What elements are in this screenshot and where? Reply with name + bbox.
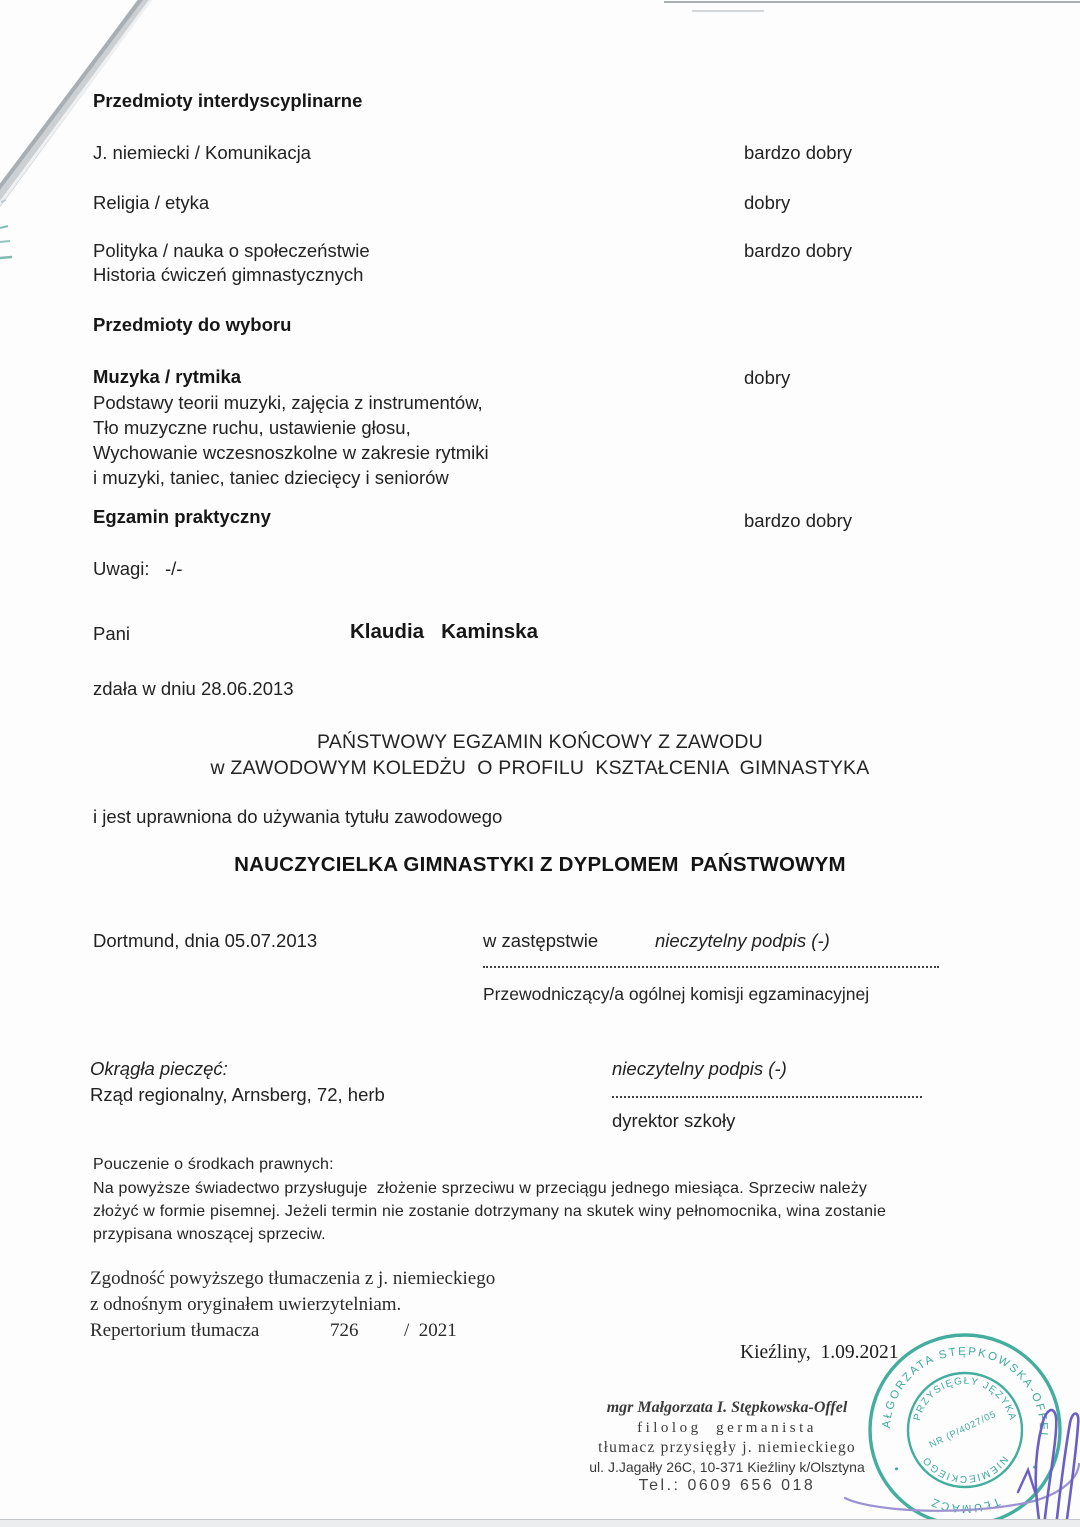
- chairman-signature-note: nieczytelny podpis (-): [655, 930, 830, 951]
- seal-description: Rząd regionalny, Arnsberg, 72, herb: [90, 1084, 385, 1105]
- certification-line1: Zgodność powyższego tłumaczenia z j. nie…: [90, 1268, 495, 1290]
- music-detail-line: Wychowanie wczesnoszkolne w zakresie ryt…: [93, 442, 489, 463]
- subject-religion: Religia / etyka: [93, 192, 209, 213]
- grade-religion: dobry: [744, 192, 790, 213]
- scan-left-edge-stamp-marks: [0, 196, 18, 276]
- grade-politics: bardzo dobry: [744, 240, 852, 261]
- subject-german: J. niemiecki / Komunikacja: [93, 142, 311, 163]
- section-heading-elective: Przedmioty do wyboru: [93, 314, 291, 335]
- seal-label: Okrągła pieczęć:: [90, 1058, 228, 1079]
- legal-notice-line: złożyć w formie pisemnej. Jeżeli termin …: [93, 1203, 886, 1221]
- chairman-dotted-line: [483, 966, 939, 968]
- professional-title: NAUCZYCIELKA GIMNASTYKI Z DYPLOMEM PAŃST…: [0, 853, 1080, 877]
- subject-practical-exam: Egzamin praktyczny: [93, 506, 271, 527]
- repertorium-label: Repertorium tłumacza: [90, 1320, 259, 1342]
- grade-music: dobry: [744, 367, 790, 388]
- scan-top-edge-line: [664, 1, 1080, 3]
- section-heading-interdisciplinary: Przedmioty interdyscyplinarne: [93, 90, 362, 111]
- scan-bottom-edge-strip: [0, 1519, 1080, 1527]
- passed-date-line: zdała w dniu 28.06.2013: [93, 678, 294, 699]
- director-role: dyrektor szkoły: [612, 1110, 735, 1131]
- entitlement-intro: i jest uprawniona do używania tytułu zaw…: [93, 806, 502, 827]
- music-detail-line: Tło muzyczne ruchu, ustawienie głosu,: [93, 417, 411, 438]
- music-detail-line: Podstawy teorii muzyki, zajęcia z instru…: [93, 392, 483, 413]
- repertorium-number: 726: [330, 1320, 359, 1342]
- scan-top-edge-line-faint: [692, 10, 764, 12]
- handwritten-signature: [830, 1395, 1080, 1527]
- grade-practical-exam: bardzo dobry: [744, 510, 852, 531]
- legal-notice-line: Na powyższe świadectwo przysługuje złoże…: [93, 1180, 867, 1198]
- remarks-line: Uwagi: -/-: [93, 558, 182, 579]
- exam-title-line1: PAŃSTWOWY EGZAMIN KOŃCOWY Z ZAWODU: [0, 731, 1080, 753]
- music-detail-line: i muzyki, taniec, taniec dziecięcy i sen…: [93, 467, 449, 488]
- holder-salutation: Pani: [93, 623, 130, 644]
- subject-politics-line2: Historia ćwiczeń gimnastycznych: [93, 264, 363, 285]
- subject-politics: Polityka / nauka o społeczeństwie: [93, 240, 370, 261]
- issue-place-date: Dortmund, dnia 05.07.2013: [93, 930, 317, 951]
- chairman-role: Przewodniczący/a ogólnej komisji egzamin…: [483, 984, 869, 1004]
- grade-german: bardzo dobry: [744, 142, 852, 163]
- holder-name: Klaudia Kaminska: [350, 620, 538, 644]
- legal-notice-heading: Pouczenie o środkach prawnych:: [93, 1156, 334, 1174]
- legal-notice-line: przypisana wnoszącej sprzeciw.: [93, 1226, 326, 1244]
- repertorium-year: / 2021: [404, 1320, 457, 1342]
- scanned-document-page: Przedmioty interdyscyplinarne J. niemiec…: [0, 0, 1080, 1527]
- certification-place-date: Kieźliny, 1.09.2021: [740, 1342, 899, 1364]
- exam-title-line2: w ZAWODOWYM KOLEDŻU O PROFILU KSZTAŁCENI…: [0, 757, 1080, 779]
- director-dotted-line: [612, 1096, 922, 1098]
- certification-line2: z odnośnym oryginałem uwierzytelniam.: [90, 1294, 401, 1316]
- deputy-label: w zastępstwie: [483, 930, 598, 951]
- director-signature-note: nieczytelny podpis (-): [612, 1058, 787, 1079]
- subject-music: Muzyka / rytmika: [93, 366, 241, 387]
